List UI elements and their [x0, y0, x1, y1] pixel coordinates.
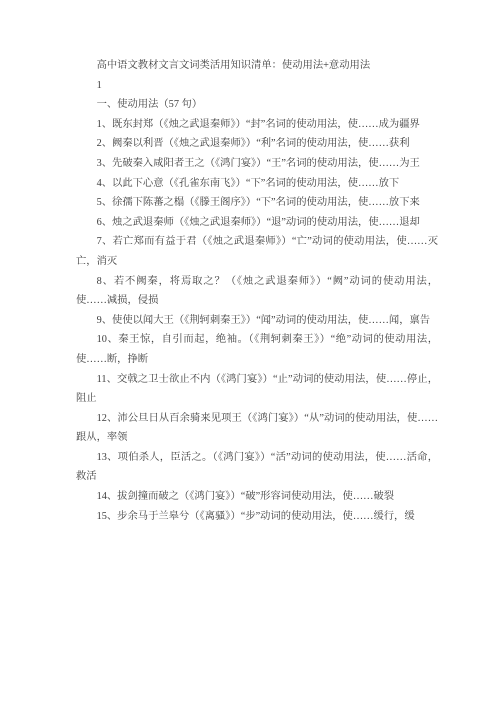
- list-item: 4、以此下心意（《孔雀东南飞》）“下”名词的使动用法，使……放下: [76, 174, 438, 194]
- document-content: 高中语文教材文言文词类活用知识清单：使动用法+意动用法 1 一、使动用法（57 …: [76, 56, 438, 526]
- list-item: 9、使使以闻大王（《荆轲刺秦王》）“闻”动词的使动用法，使……闻，禀告: [76, 311, 438, 331]
- document-page: 高中语文教材文言文词类活用知识清单：使动用法+意动用法 1 一、使动用法（57 …: [0, 0, 500, 707]
- items-list: 1、既东封郑（《烛之武退秦师》）“封”名词的使动用法，使……成为疆界2、阙秦以利…: [76, 115, 438, 526]
- list-item: 13、项伯杀人，臣活之。（《鸿门宴》）“活”动词的使动用法，使……活命，救活: [76, 448, 438, 487]
- list-item: 14、拔剑撞而破之（《鸿门宴》）“破”形容词使动用法，使……破裂: [76, 487, 438, 507]
- list-item: 15、步余马于兰皋兮（《离骚》）“步”动词的使动用法，使……缓行，缓: [76, 507, 438, 527]
- page-number-marker: 1: [76, 76, 438, 96]
- list-item: 8、若不阙秦，将焉取之？（《烛之武退秦师》）“阙”动词的使动用法，使……减损，侵…: [76, 272, 438, 311]
- section-heading: 一、使动用法（57 句）: [76, 95, 438, 115]
- list-item: 3、先破秦入咸阳者王之（《鸿门宴》）“王”名词的使动用法，使……为王: [76, 154, 438, 174]
- document-title: 高中语文教材文言文词类活用知识清单：使动用法+意动用法: [76, 56, 438, 76]
- list-item: 2、阙秦以利晋（《烛之武退秦师》）“利”名词的使动用法，使……获利: [76, 134, 438, 154]
- list-item: 7、若亡郑而有益于君（《烛之武退秦师》）“亡”动词的使动用法，使……灭亡，消灭: [76, 232, 438, 271]
- list-item: 11、交戟之卫士欲止不内（《鸿门宴》）“止”动词的使动用法，使……停止，阻止: [76, 370, 438, 409]
- list-item: 1、既东封郑（《烛之武退秦师》）“封”名词的使动用法，使……成为疆界: [76, 115, 438, 135]
- list-item: 10、秦王惊，自引而起，绝袖。（《荆轲刺秦王》）“绝”动词的使动用法，使……断，…: [76, 330, 438, 369]
- list-item: 12、沛公旦日从百余骑来见项王（《鸿门宴》）“从”动词的使动用法，使……跟从，率…: [76, 409, 438, 448]
- list-item: 6、烛之武退秦师（《烛之武退秦师》）“退”动词的使动用法，使……退却: [76, 213, 438, 233]
- list-item: 5、徐孺下陈蕃之榻（《滕王阁序》）“下”名词的使动用法，使……放下来: [76, 193, 438, 213]
